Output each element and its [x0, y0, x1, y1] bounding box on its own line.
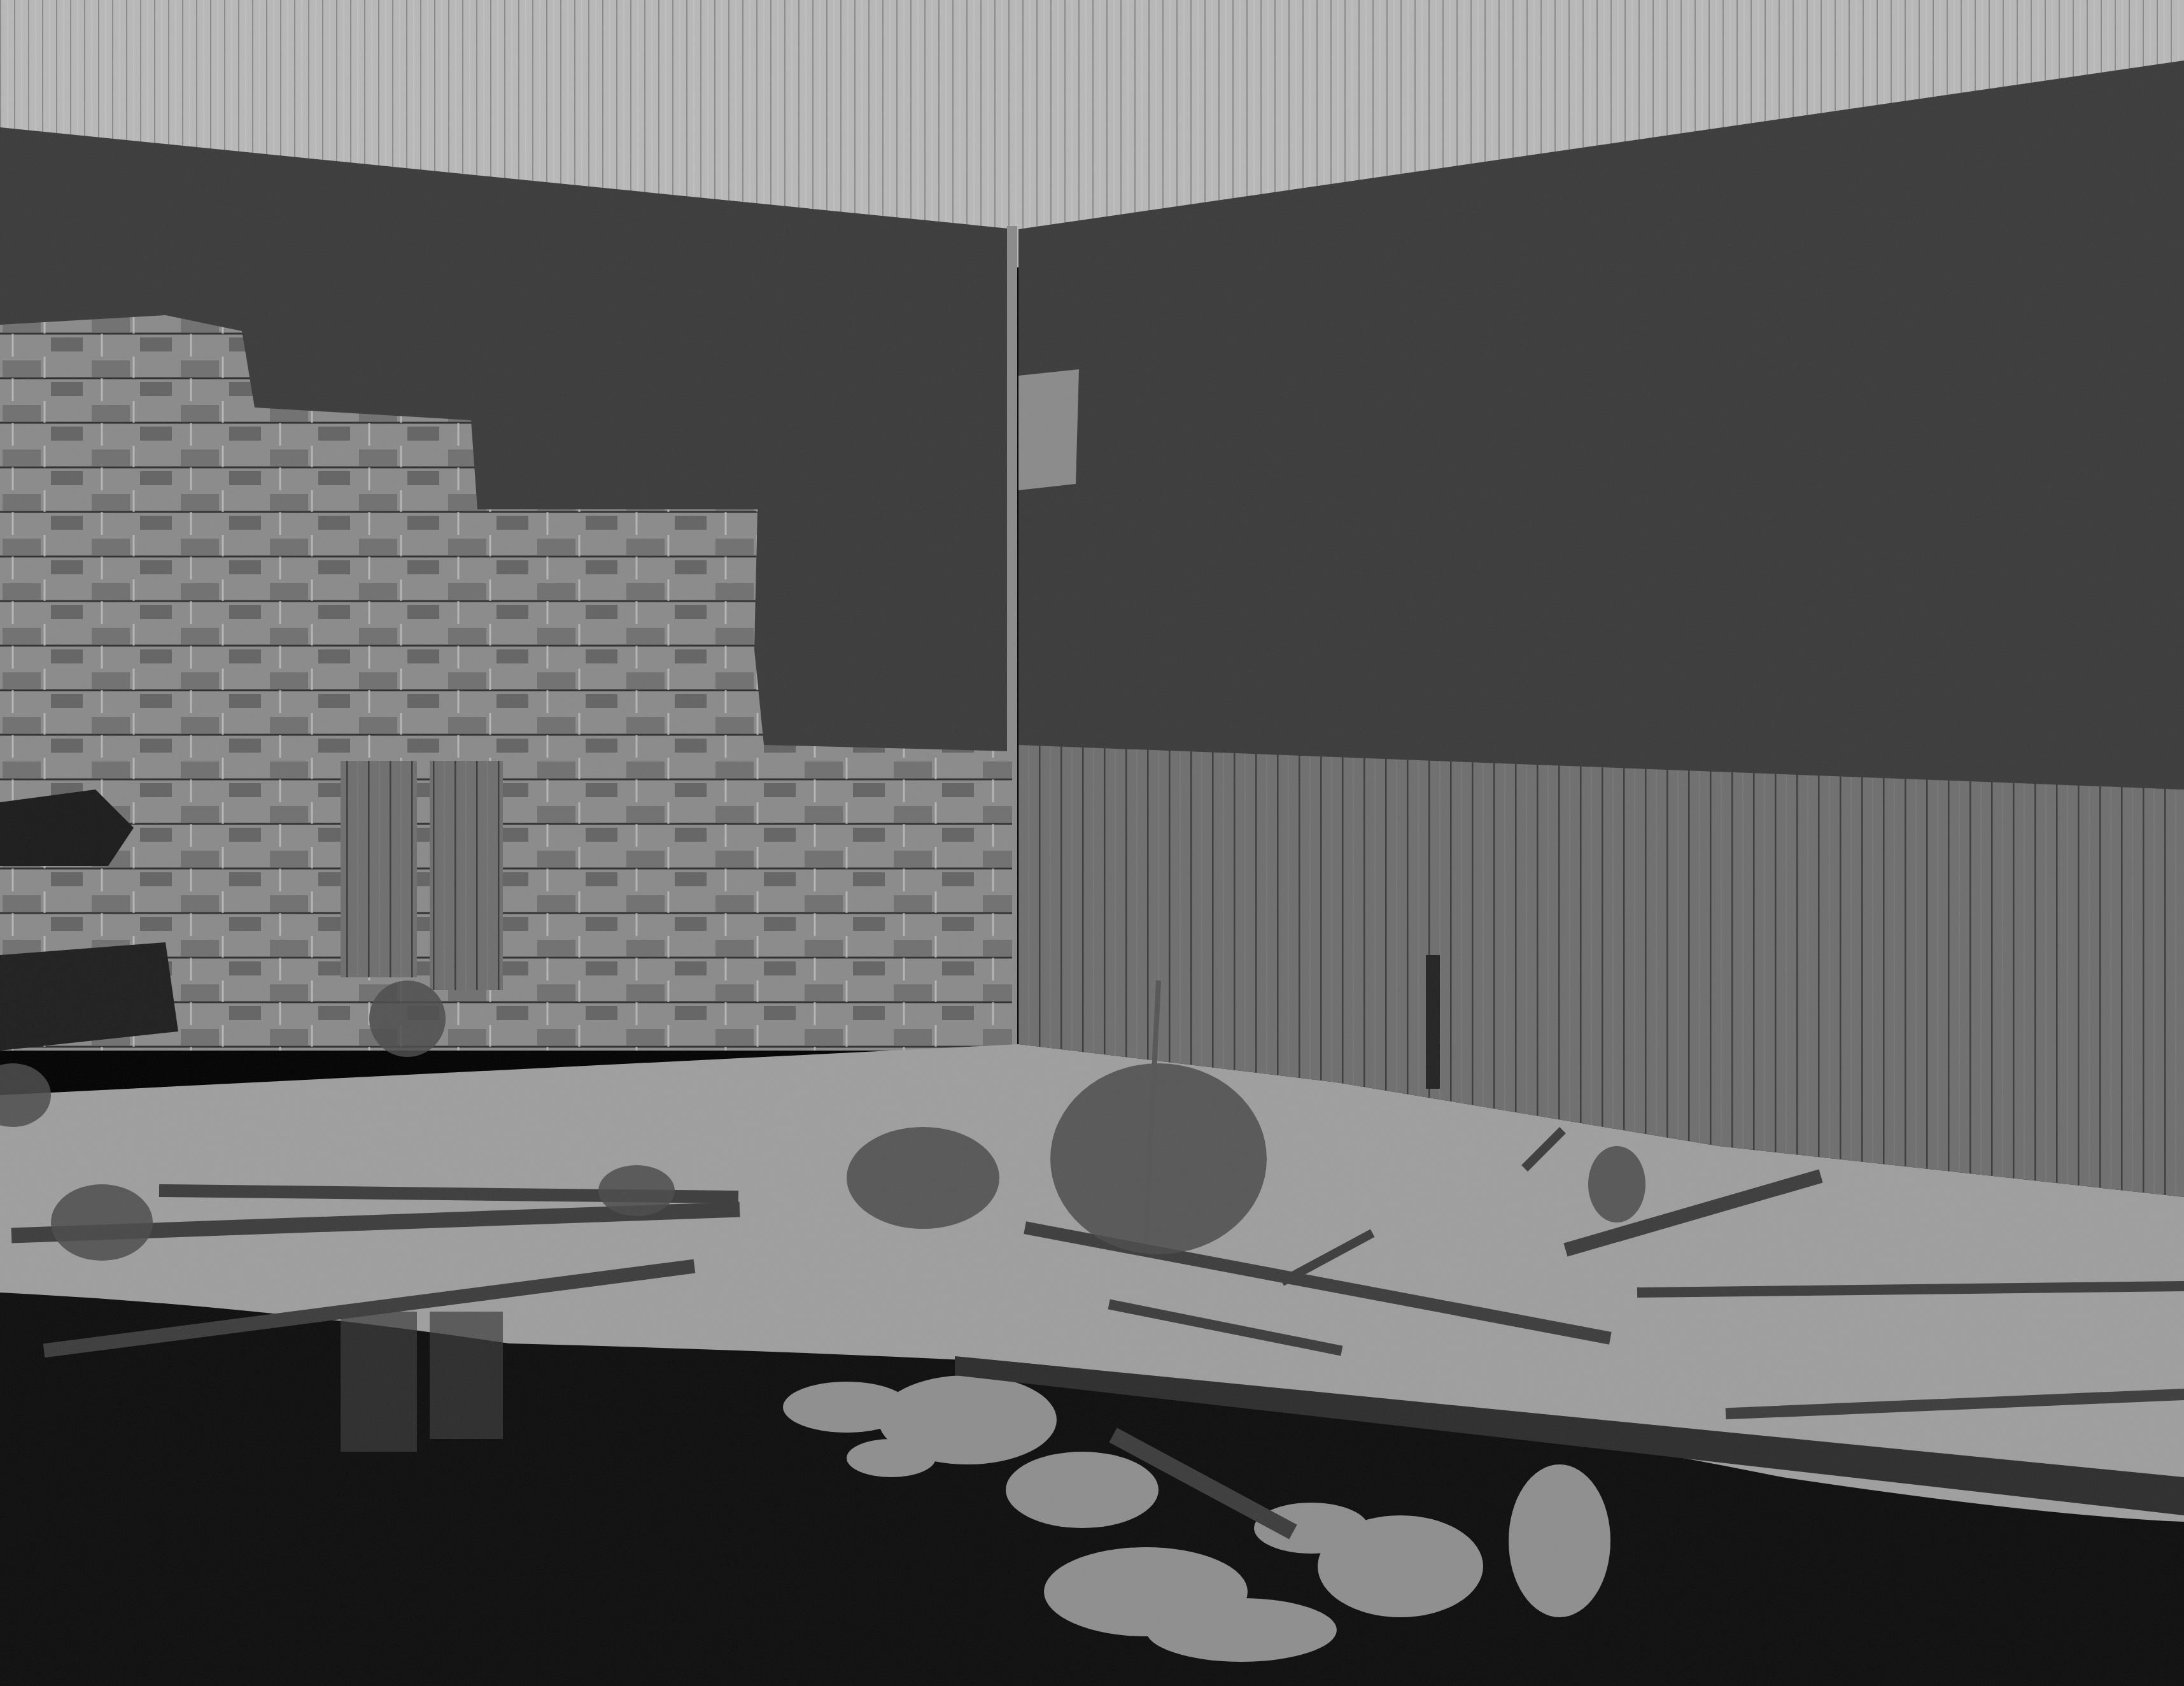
scene-canvas [0, 0, 2184, 1686]
photograph: Corner of an abandoned wooden enclosure … [0, 0, 2184, 1686]
film-grain [0, 0, 2184, 1686]
